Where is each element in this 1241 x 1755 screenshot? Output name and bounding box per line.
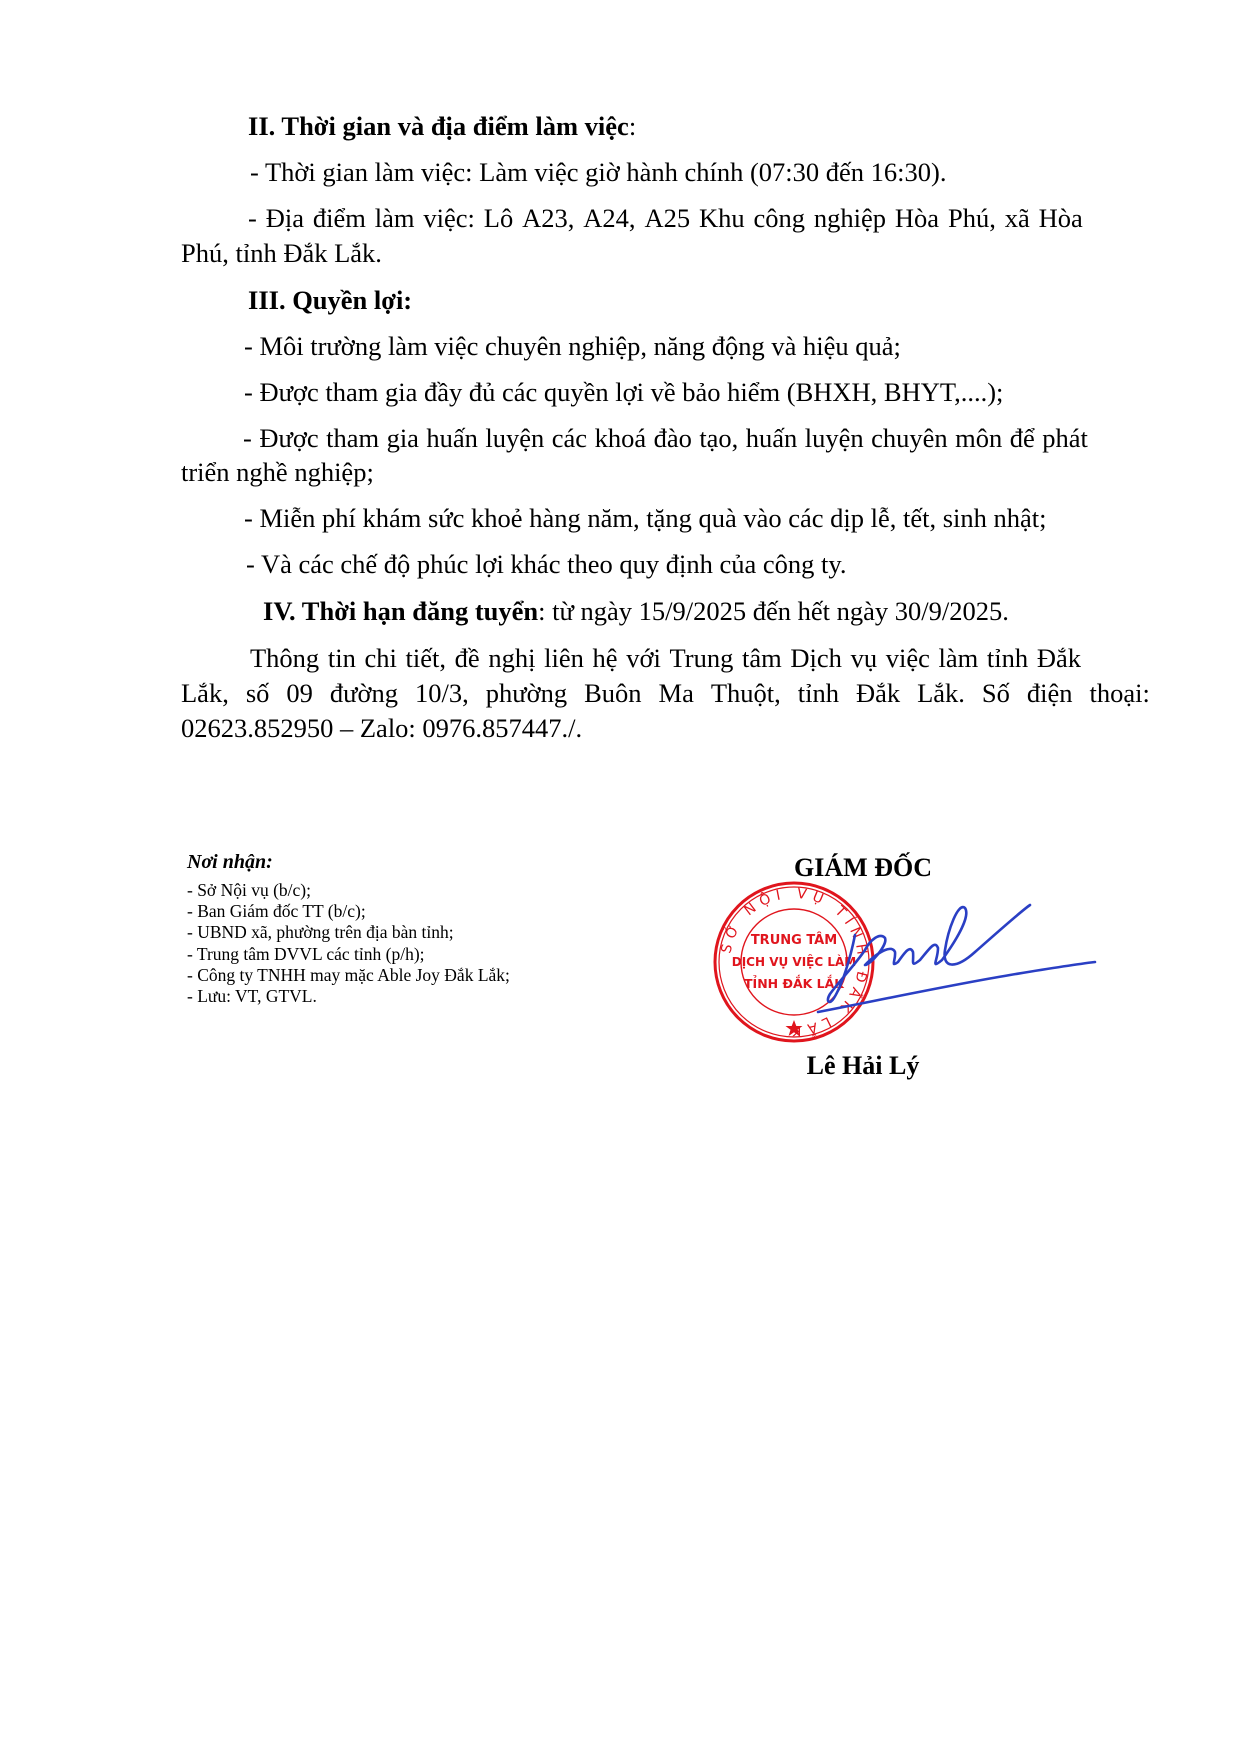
benefit-item: - Được tham gia đầy đủ các quyền lợi về … [244,379,1003,406]
recipient-item: - Công ty TNHH may mặc Able Joy Đắk Lắk; [187,965,510,986]
recipients-list: - Sở Nội vụ (b/c); - Ban Giám đốc TT (b/… [187,880,510,1007]
recipients-title: Nơi nhận: [187,852,273,872]
contact-line: Lắk,số09đường10/3,phườngBuônMaThuột,tỉnh… [181,680,1150,707]
recipient-item: - UBND xã, phường trên địa bàn tỉnh; [187,922,510,943]
benefit-item: - Và các chế độ phúc lợi khác theo quy đ… [246,551,847,578]
recipient-item: - Trung tâm DVVL các tỉnh (p/h); [187,944,510,965]
section-4-deadline: : từ ngày 15/9/2025 đến hết ngày 30/9/20… [538,596,1009,626]
work-location-cont: Phú, tỉnh Đắk Lắk. [181,240,382,267]
section-2-heading-bold: II. Thời gian và địa điểm làm việc [248,111,629,141]
section-4-heading: IV. Thời hạn đăng tuyển: từ ngày 15/9/20… [263,598,1009,625]
section-4-heading-bold: IV. Thời hạn đăng tuyển [263,596,538,626]
benefit-item: -Đượcthamgiahuấnluyệncáckhoáđàotạo,huấnl… [181,425,1088,452]
contact-phone: 02623.852950 – Zalo: 0976.857447./. [181,715,582,742]
benefit-item-cont: triển nghề nghiệp; [181,459,374,486]
recipient-item: - Sở Nội vụ (b/c); [187,880,510,901]
handwritten-signature-icon [770,890,1100,1020]
benefit-item: - Miễn phí khám sức khoẻ hàng năm, tặng … [244,505,1047,532]
benefit-item: - Môi trường làm việc chuyên nghiệp, năn… [244,333,901,360]
signer-title: GIÁM ĐỐC [763,855,963,881]
section-2-heading-tail: : [629,111,636,141]
recipient-item: - Lưu: VT, GTVL. [187,986,510,1007]
signer-name: Lê Hải Lý [763,1053,963,1079]
section-2-heading: II. Thời gian và địa điểm làm việc: [248,113,636,140]
work-location: -Địađiểmlàmviệc:LôA23,A24,A25Khucôngnghi… [181,205,1083,232]
contact-line: Thôngtinchitiết,đềnghịliênhệvớiTrungtâmD… [181,645,1081,672]
work-hours: - Thời gian làm việc: Làm việc giờ hành … [250,159,947,186]
section-3-heading: III. Quyền lợi: [248,287,412,314]
recipient-item: - Ban Giám đốc TT (b/c); [187,901,510,922]
